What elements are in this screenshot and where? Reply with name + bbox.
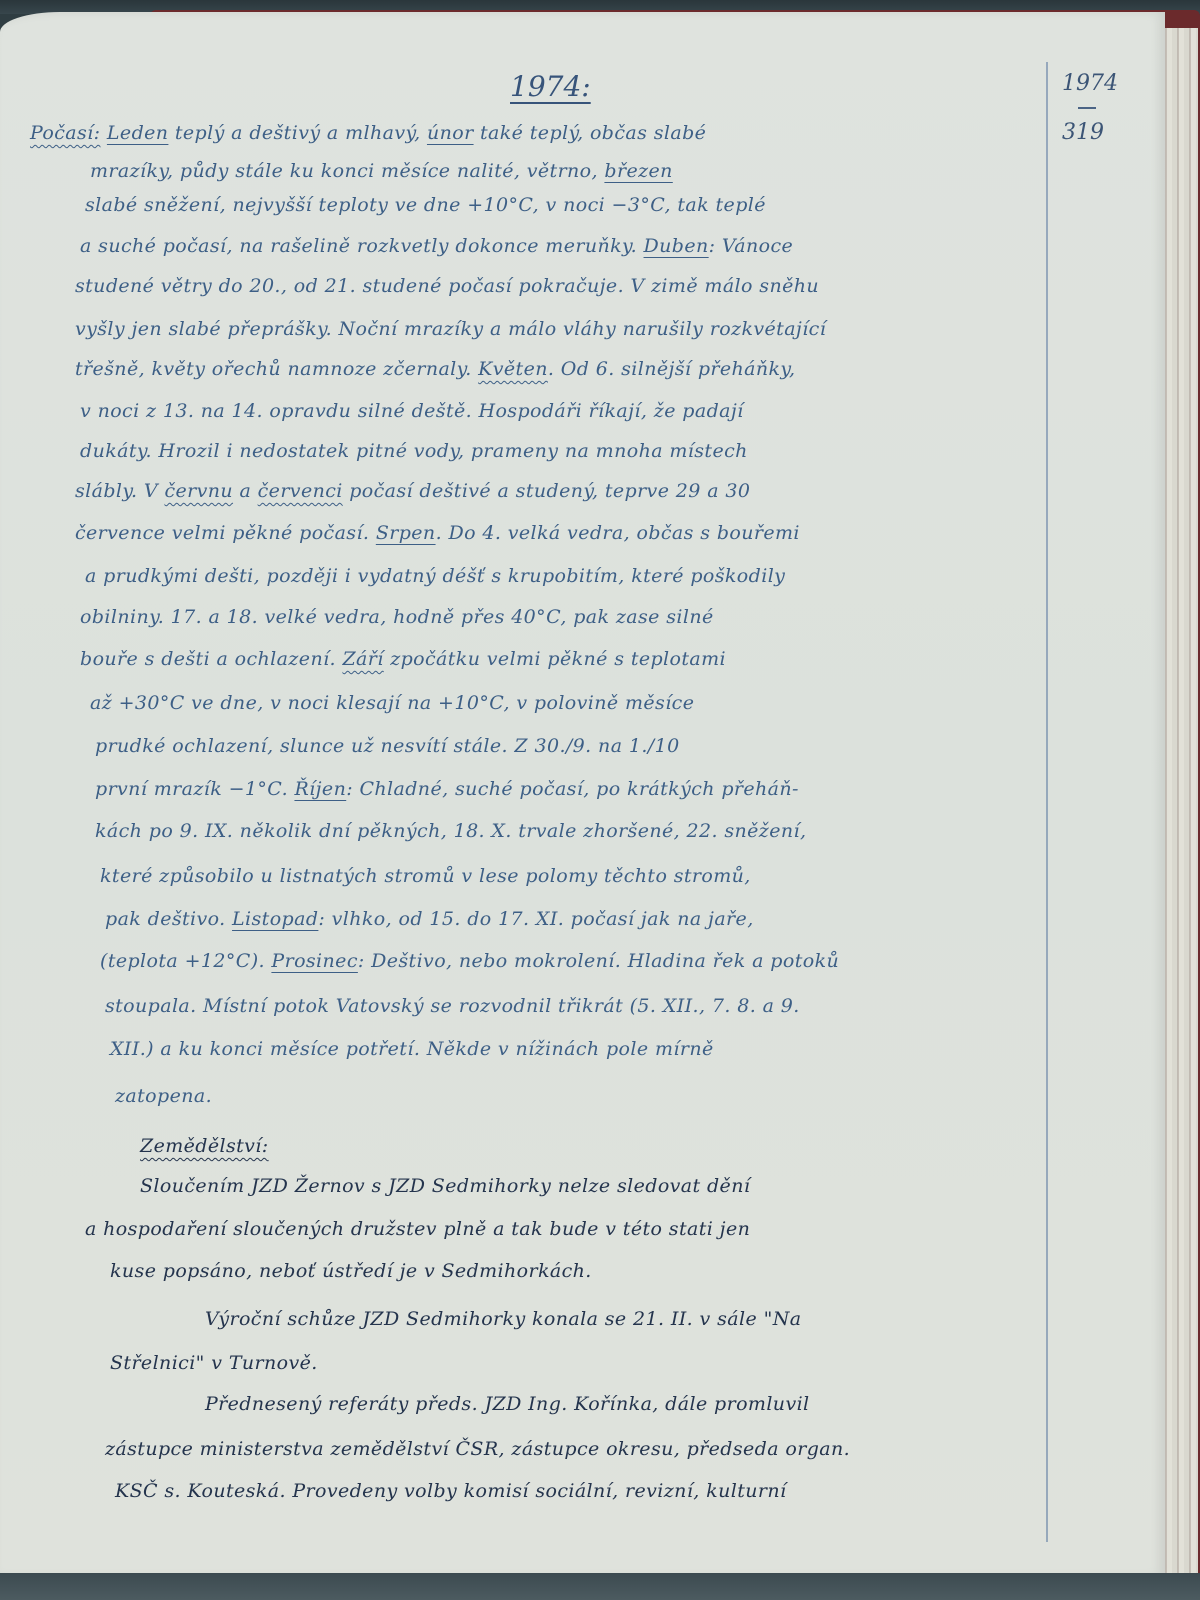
- weather-line-10: slábly. V červnu a červenci počasí dešti…: [75, 480, 750, 502]
- background-bottom: [0, 1573, 1200, 1600]
- section-label-weather: Počasí:: [30, 122, 100, 144]
- ledger-page: 1974 319 1974: Počasí: Leden teplý a deš…: [0, 12, 1165, 1577]
- text-span: kách po 9. IX. několik dní pěkných, 18. …: [95, 820, 806, 842]
- text-span: července velmi pěkné počasí.: [75, 522, 376, 544]
- weather-line-12: a prudkými dešti, později i vydatný déšť…: [85, 565, 785, 587]
- text-span: : Deštivo, nebo mokrolení. Hladina řek a…: [358, 950, 839, 972]
- weather-line-7: třešně, květy ořechů namnoze zčernaly. K…: [75, 358, 795, 380]
- margin-note: 1974 319: [1062, 70, 1142, 147]
- month-july: červenci: [258, 480, 343, 502]
- text-span: : vlhko, od 15. do 17. XI. počasí jak na…: [318, 908, 753, 930]
- text-span: také teplý, občas slabé: [474, 122, 707, 144]
- section-label-agriculture: Zemědělství:: [140, 1135, 269, 1157]
- weather-line-24: zatopena.: [115, 1085, 212, 1107]
- weather-line-16: prudké ochlazení, slunce už nesvítí stál…: [95, 735, 680, 757]
- month-april: Duben: [644, 235, 709, 257]
- agriculture-line-2: a hospodaření sloučených družstev plně a…: [85, 1218, 750, 1240]
- agriculture-line-8: KSČ s. Kouteská. Provedeny volby komisí …: [115, 1480, 786, 1502]
- text-span: prudké ochlazení, slunce už nesvítí stál…: [95, 735, 680, 757]
- page-number: 319: [1062, 120, 1104, 145]
- text-span: počasí deštivé a studený, teprve 29 a 30: [343, 480, 751, 502]
- text-span: teplý a deštivý a mlhavý,: [168, 122, 427, 144]
- text-span: zpočátku velmi pěkné s teplotami: [384, 648, 726, 670]
- margin-dash: [1078, 107, 1096, 109]
- month-november: Listopad: [232, 908, 318, 930]
- weather-line-3: slabé sněžení, nejvyšší teploty ve dne +…: [85, 194, 766, 216]
- agriculture-heading: Zemědělství:: [140, 1135, 269, 1157]
- year-heading: 1974:: [510, 70, 591, 103]
- text-span: a: [233, 480, 258, 502]
- page-stack-edge: [1160, 28, 1198, 1588]
- text-span: v noci z 13. na 14. opravdu silné deště.…: [80, 400, 744, 422]
- weather-line-15: až +30°C ve dne, v noci klesají na +10°C…: [90, 692, 694, 714]
- month-march: březen: [604, 160, 672, 182]
- weather-line-17: první mrazík −1°C. Říjen: Chladné, suché…: [95, 778, 799, 800]
- text-span: KSČ s. Kouteská. Provedeny volby komisí …: [115, 1480, 786, 1502]
- weather-line-22: stoupala. Místní potok Vatovský se rozvo…: [105, 995, 800, 1017]
- text-span: a prudkými dešti, později i vydatný déšť…: [85, 565, 785, 587]
- text-span: studené větry do 20., od 21. studené poč…: [75, 275, 819, 297]
- text-span: obilniny. 17. a 18. velké vedra, hodně p…: [80, 606, 714, 628]
- text-span: bouře s dešti a ochlazení.: [80, 648, 342, 670]
- text-span: pak deštivo.: [105, 908, 232, 930]
- text-span: Sloučením JZD Žernov s JZD Sedmihorky ne…: [140, 1175, 750, 1197]
- agriculture-line-3: kuse popsáno, neboť ústředí je v Sedmiho…: [110, 1260, 592, 1282]
- text-span: XII.) a ku konci měsíce potřetí. Někde v…: [110, 1038, 714, 1060]
- agriculture-line-4: Výroční schůze JZD Sedmihorky konala se …: [205, 1308, 801, 1330]
- agriculture-line-7: zástupce ministerstva zemědělství ČSR, z…: [105, 1438, 850, 1460]
- weather-line-19: které způsobilo u listnatých stromů v le…: [100, 865, 751, 887]
- text-span: stoupala. Místní potok Vatovský se rozvo…: [105, 995, 800, 1017]
- weather-line-21: (teplota +12°C). Prosinec: Deštivo, nebo…: [100, 950, 839, 972]
- text-span: které způsobilo u listnatých stromů v le…: [100, 865, 751, 887]
- month-january: Leden: [107, 122, 169, 144]
- weather-line-9: dukáty. Hrozil i nedostatek pitné vody, …: [80, 440, 748, 462]
- text-span: Přednesený referáty předs. JZD Ing. Koří…: [205, 1393, 810, 1415]
- month-october: Říjen: [294, 778, 346, 800]
- text-span: zatopena.: [115, 1085, 212, 1107]
- text-span: třešně, květy ořechů namnoze zčernaly.: [75, 358, 478, 380]
- month-may: Květen: [478, 358, 548, 380]
- text-span: mrazíky, půdy stále ku konci měsíce nali…: [90, 160, 604, 182]
- weather-line-20: pak deštivo. Listopad: vlhko, od 15. do …: [105, 908, 754, 930]
- text-span: až +30°C ve dne, v noci klesají na +10°C…: [90, 692, 694, 714]
- text-span: kuse popsáno, neboť ústředí je v Sedmiho…: [110, 1260, 592, 1282]
- weather-line-4: a suché počasí, na rašelině rozkvetly do…: [80, 235, 793, 257]
- margin-year: 1974: [1062, 71, 1118, 96]
- text-span: . Od 6. silnější přeháňky,: [548, 358, 796, 380]
- text-span: zástupce ministerstva zemědělství ČSR, z…: [105, 1438, 850, 1460]
- month-february: únor: [427, 122, 474, 144]
- weather-line-6: vyšly jen slabé přeprášky. Noční mrazíky…: [75, 318, 826, 340]
- agriculture-line-6: Přednesený referáty předs. JZD Ing. Koří…: [205, 1393, 810, 1415]
- text-span: : Chladné, suché počasí, po krátkých pře…: [346, 778, 799, 800]
- margin-rule: [1046, 62, 1048, 1542]
- weather-line-13: obilniny. 17. a 18. velké vedra, hodně p…: [80, 606, 714, 628]
- month-september: Září: [342, 648, 383, 670]
- text-span: : Vánoce: [709, 235, 794, 257]
- agriculture-line-5: Střelnici" v Turnově.: [110, 1352, 318, 1374]
- weather-line-11: července velmi pěkné počasí. Srpen. Do 4…: [75, 522, 800, 544]
- agriculture-line-1: Sloučením JZD Žernov s JZD Sedmihorky ne…: [140, 1175, 750, 1197]
- weather-line-5: studené větry do 20., od 21. studené poč…: [75, 275, 819, 297]
- text-span: dukáty. Hrozil i nedostatek pitné vody, …: [80, 440, 748, 462]
- text-span: Výroční schůze JZD Sedmihorky konala se …: [205, 1308, 801, 1330]
- weather-line-18: kách po 9. IX. několik dní pěkných, 18. …: [95, 820, 806, 842]
- month-august: Srpen: [376, 522, 436, 544]
- month-december: Prosinec: [271, 950, 357, 972]
- text-span: (teplota +12°C).: [100, 950, 271, 972]
- weather-line-14: bouře s dešti a ochlazení. Září zpočátku…: [80, 648, 726, 670]
- text-span: slábly. V: [75, 480, 164, 502]
- month-june: červnu: [164, 480, 233, 502]
- text-span: Střelnici" v Turnově.: [110, 1352, 318, 1374]
- weather-line-2: mrazíky, půdy stále ku konci měsíce nali…: [90, 160, 673, 182]
- weather-line-1: Počasí: Leden teplý a deštivý a mlhavý, …: [30, 122, 706, 144]
- text-span: první mrazík −1°C.: [95, 778, 294, 800]
- text-span: vyšly jen slabé přeprášky. Noční mrazíky…: [75, 318, 826, 340]
- weather-line-23: XII.) a ku konci měsíce potřetí. Někde v…: [110, 1038, 714, 1060]
- text-span: . Do 4. velká vedra, občas s bouřemi: [436, 522, 800, 544]
- text-span: a suché počasí, na rašelině rozkvetly do…: [80, 235, 644, 257]
- text-span: a hospodaření sloučených družstev plně a…: [85, 1218, 750, 1240]
- weather-line-8: v noci z 13. na 14. opravdu silné deště.…: [80, 400, 744, 422]
- text-span: slabé sněžení, nejvyšší teploty ve dne +…: [85, 194, 766, 216]
